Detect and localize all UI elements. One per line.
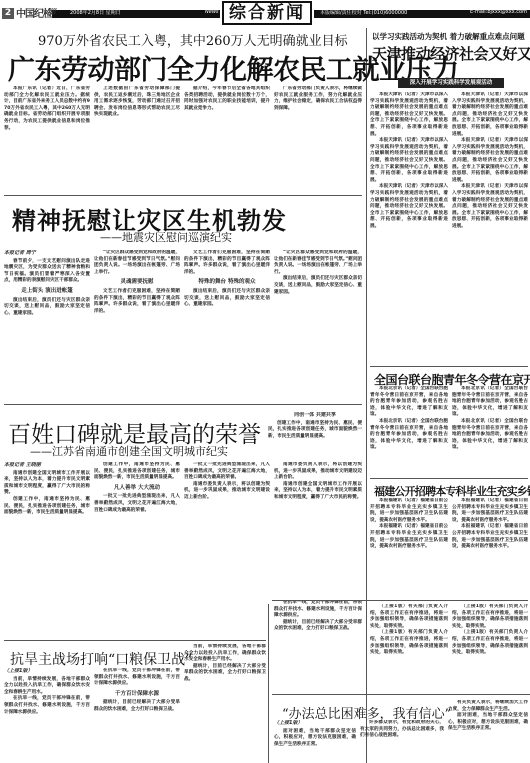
right-story-4-col-1: （上接1版）有关部门负责人介绍，各项工作正在有序推进，将进一步加强组织领导，确保… <box>370 604 448 692</box>
article-4-title[interactable]: 抗旱主战场打响“口粮保卫战” <box>10 649 192 669</box>
article-1-kicker: 970万外省农民工入粤，其中260万人无明确就业目标 <box>38 30 348 49</box>
article-3-subhead-2: 凡人善举 大大流动 <box>94 485 180 492</box>
article-5-col-2: 许多群众表示，有党和政府的关心，有大家的共同努力，办法总比困难多，我们有信心战胜… <box>360 720 444 763</box>
right-story-1-col-2: 本报天津讯（记者）天津市以深入学习实践科学发展观活动为契机，着力破解制约经济社会… <box>452 92 528 362</box>
news-label: News <box>205 9 219 15</box>
article-separator <box>272 600 528 601</box>
article-3-col-4: 南通市委负责人表示，将以创建为契机，进一步巩固成果，推动城市文明建设迈上新台阶。… <box>274 462 362 594</box>
article-3-col-1: 本报记者 王晓丽 南通市创建全国文明城市工作开展以来，坚持以人为本，着力提升市民… <box>4 462 90 594</box>
article-2-byline: 本报记者 周宁 <box>4 250 90 257</box>
slash-decoration: //// <box>48 7 56 16</box>
right-story-3-title[interactable]: 福建公开招聘本专科毕业生充实乡镇卫生院 <box>374 483 530 499</box>
article-2-subtitle: ——地震灾区慰问巡演纪实 <box>100 229 232 245</box>
article-separator <box>4 404 362 405</box>
campaign-banner: 深入开展学习实践科学发展观活动 <box>398 78 504 88</box>
article-2-col-2: “让灾区群众感受到党和政府的温暖，让他们在新春佳节感受到节日气氛。”慰问团负责人… <box>94 250 180 400</box>
article-1-col-2: 上述数据由广东省劳动保障部门提供，农民工返乡潮过后，珠三角地区企业用工需求逐步恢… <box>94 86 180 186</box>
right-story-2-col-2: 本报北京讯（记者）全国台联台胞青年冬令营日前在京开营，来自各地的台胞青年参加活动… <box>452 386 528 476</box>
article-5-col-3: 有关负责人表示，将继续加大工作力度，全力保障群众生产生活。面对困难，当地干部群众… <box>448 700 528 763</box>
article-separator <box>370 478 528 479</box>
article-4-continued: 在抗旱一线，党员干部冲锋在前，带领群众打井找水、修建水利设施，千方百计保障水源供… <box>274 600 362 692</box>
article-3-subtitle: ——江苏省南通市创建全国文明城市纪实 <box>30 443 228 459</box>
article-2-col-1: 本报记者 周宁 春节前夕，一支文艺慰问演出队走进地震灾区，为受灾群众送去了精神食… <box>4 250 90 400</box>
section-title: 综合新闻 <box>222 1 312 25</box>
article-4-col-3: 当前，旱情持续发展，各地干部群众全力以赴投入抗旱工作，确保群众饮水安全和春耕生产… <box>184 644 266 763</box>
article-separator <box>4 195 362 196</box>
article-5-col-1: （上接1版） 面对困难，当地干部群众坚定信心，积极应对，想方设法克服困难，确保生… <box>274 720 356 763</box>
article-3-col-2: 创建工作中，南通市坚持为民、惠民、便民，扎实推进各项创建任务，城市面貌焕然一新，… <box>94 462 180 594</box>
right-story-1-kicker: 以学习实践活动为契机 着力破解重点难点问题 <box>372 31 525 42</box>
article-2-subhead-1: 走上街头 演出进帐篷 <box>4 288 90 295</box>
article-4-col-1: （上接1版） 当前，旱情持续发展，各地干部群众全力以赴投入抗旱工作，确保群众饮水… <box>4 668 90 763</box>
article-separator <box>4 640 266 641</box>
right-story-2-col-1: 本报北京讯（记者）全国台联台胞青年冬令营日前在京开营，来自各地的台胞青年参加活动… <box>370 386 448 476</box>
article-separator <box>272 694 530 695</box>
article-4-subhead-1: 千方百计保障水源 <box>94 691 180 698</box>
article-4-dateline: （上接1版） <box>4 668 90 675</box>
right-story-3-col-1: 本报福建讯（记者）福建省日前公开招聘本专科毕业生充实乡镇卫生院，进一步加强基层医… <box>370 498 448 588</box>
paper-logo: 中国纪检 <box>16 5 52 20</box>
article-3-col-3: 一批又一批先进典型涌现出来，凡人善举蔚然成风，文明之花开遍江海大地，百姓口碑成为… <box>184 462 270 594</box>
article-5-dateline: （上接1版） <box>274 720 356 727</box>
editor-info: 本版编辑/责任校对 Tel:(010)6000000 <box>320 9 407 16</box>
article-1-col-4: 广东省劳动部门负责人表示，将继续做好农民工就业服务工作，努力化解就业压力，维护社… <box>274 86 362 186</box>
article-3-subhead-1: 同创一体 共建共享 <box>268 412 362 419</box>
page-number: 2 <box>2 8 14 19</box>
article-2-col-4: “让灾区群众感受到党和政府的温暖，让他们在新春佳节感受到节日气氛。”慰问团负责人… <box>274 250 362 400</box>
article-divider <box>268 604 269 763</box>
article-1-col-1: 本报广东讯（记者）近日，广东省劳动部门全力化解农民工就业压力。据统计，目前广东省… <box>4 86 90 186</box>
right-story-3-col-2: 本报福建讯（记者）福建省日前公开招聘本专科毕业生充实乡镇卫生院，进一步加强基层医… <box>452 498 528 588</box>
article-2-col-3: 文艺工作者们克服困难，坚持在简陋的条件下演出，精彩的节目赢得了观众阵阵掌声。许多… <box>184 250 270 400</box>
article-3-byline: 本报记者 王晓丽 <box>4 462 90 469</box>
column-divider <box>366 28 367 763</box>
article-2-subhead-3: 特殊的舞台 特殊的观众 <box>184 279 270 286</box>
right-story-4-col-2: （上接1版）有关部门负责人介绍，各项工作正在有序推进，将进一步加强组织领导，确保… <box>452 604 528 692</box>
masthead: 2 中国纪检 //// 2008年2月8日 星期日 News 综合新闻 本版编辑… <box>0 0 530 26</box>
article-4-col-2: 在抗旱一线，党员干部冲锋在前，带领群众打井找水、修建水利设施，千方百计保障水源供… <box>94 668 180 763</box>
article-3-sidebox: 同创一体 共建共享 创建工作中，南通市坚持为民、惠民、便民，扎实推进各项创建任务… <box>268 412 362 460</box>
article-1-col-3: 据介绍，今年春节后全省各地共组织各类招聘活动，提供就业岗位数十万个，同时加强对农… <box>184 86 270 186</box>
article-separator <box>370 366 528 367</box>
right-story-1-title[interactable]: 天津推动经济社会又好又快发展 <box>372 43 530 64</box>
right-story-1-col-1: 本报天津讯（记者）天津市以深入学习实践科学发展观活动为契机，着力破解制约经济社会… <box>370 92 448 362</box>
article-2-subhead-2: 灵魂需要抚慰 <box>94 279 180 286</box>
contact-email: E-mail:bjxxx@xxx.com <box>470 9 527 15</box>
issue-date: 2008年2月8日 星期日 <box>70 9 121 16</box>
